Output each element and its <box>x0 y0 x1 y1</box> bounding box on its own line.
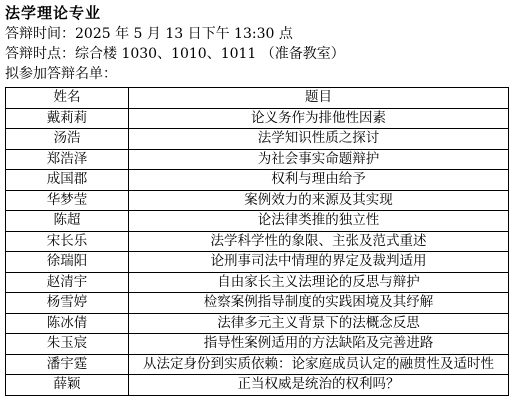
table-row: 徐瑞阳论刑事司法中情理的界定及裁判适用 <box>6 252 509 273</box>
participant-list-label: 拟参加答辩名单： <box>5 64 508 84</box>
student-name-cell: 杨雪婷 <box>6 293 129 314</box>
table-row: 赵清宇自由家长主义法理论的反思与辩护 <box>6 272 509 293</box>
student-name-cell: 潘宇霆 <box>6 354 129 375</box>
column-header-topic: 题目 <box>129 88 509 109</box>
thesis-topic-cell: 案例效力的来源及其实现 <box>129 190 509 211</box>
student-name-cell: 郑浩泽 <box>6 149 129 170</box>
student-name-cell: 陈超 <box>6 211 129 232</box>
thesis-topic-cell: 正当权威是统治的权利吗？ <box>129 375 509 396</box>
defense-place-line: 答辩时点：综合楼 1030、1010、1011 （准备教室） <box>5 44 508 64</box>
thesis-topic-cell: 法律多元主义背景下的法概念反思 <box>129 313 509 334</box>
thesis-topic-cell: 法学知识性质之探讨 <box>129 129 509 150</box>
thesis-topic-cell: 从法定身份到实质依赖：论家庭成员认定的融贯性及适时性 <box>129 354 509 375</box>
thesis-topic-cell: 自由家长主义法理论的反思与辩护 <box>129 272 509 293</box>
student-name-cell: 华梦莹 <box>6 190 129 211</box>
thesis-topic-cell: 权利与理由给予 <box>129 170 509 191</box>
student-name-cell: 成国郡 <box>6 170 129 191</box>
student-name-cell: 薛颖 <box>6 375 129 396</box>
table-row: 朱玉宸指导性案例适用的方法缺陷及完善进路 <box>6 334 509 355</box>
table-row: 宋长乐法学科学性的象限、主张及范式重述 <box>6 231 509 252</box>
student-name-cell: 赵清宇 <box>6 272 129 293</box>
table-row: 汤浩法学知识性质之探讨 <box>6 129 509 150</box>
table-row: 陈冰倩法律多元主义背景下的法概念反思 <box>6 313 509 334</box>
student-name-cell: 陈冰倩 <box>6 313 129 334</box>
student-name-cell: 朱玉宸 <box>6 334 129 355</box>
student-name-cell: 戴莉莉 <box>6 108 129 129</box>
table-row: 陈超论法律类推的独立性 <box>6 211 509 232</box>
table-row: 郑浩泽为社会事实命题辩护 <box>6 149 509 170</box>
page-title: 法学理论专业 <box>5 3 508 23</box>
table-row: 成国郡权利与理由给予 <box>6 170 509 191</box>
table-row: 华梦莹案例效力的来源及其实现 <box>6 190 509 211</box>
thesis-topic-cell: 指导性案例适用的方法缺陷及完善进路 <box>129 334 509 355</box>
defense-participants-table: 姓名 题目 戴莉莉论义务作为排他性因素汤浩法学知识性质之探讨郑浩泽为社会事实命题… <box>5 87 509 396</box>
thesis-topic-cell: 论刑事司法中情理的界定及裁判适用 <box>129 252 509 273</box>
table-row: 戴莉莉论义务作为排他性因素 <box>6 108 509 129</box>
document-page: 法学理论专业 答辩时间：2025 年 5 月 13 日下午 13:30 点 答辩… <box>0 0 513 396</box>
student-name-cell: 徐瑞阳 <box>6 252 129 273</box>
thesis-topic-cell: 论法律类推的独立性 <box>129 211 509 232</box>
thesis-topic-cell: 论义务作为排他性因素 <box>129 108 509 129</box>
student-name-cell: 宋长乐 <box>6 231 129 252</box>
defense-time-line: 答辩时间：2025 年 5 月 13 日下午 13:30 点 <box>5 24 508 44</box>
table-header-row: 姓名 题目 <box>6 88 509 109</box>
table-row: 杨雪婷检察案例指导制度的实践困境及其纾解 <box>6 293 509 314</box>
defense-table-body: 戴莉莉论义务作为排他性因素汤浩法学知识性质之探讨郑浩泽为社会事实命题辩护成国郡权… <box>6 108 509 395</box>
thesis-topic-cell: 为社会事实命题辩护 <box>129 149 509 170</box>
student-name-cell: 汤浩 <box>6 129 129 150</box>
thesis-topic-cell: 法学科学性的象限、主张及范式重述 <box>129 231 509 252</box>
table-row: 薛颖正当权威是统治的权利吗？ <box>6 375 509 396</box>
table-row: 潘宇霆从法定身份到实质依赖：论家庭成员认定的融贯性及适时性 <box>6 354 509 375</box>
column-header-name: 姓名 <box>6 88 129 109</box>
thesis-topic-cell: 检察案例指导制度的实践困境及其纾解 <box>129 293 509 314</box>
